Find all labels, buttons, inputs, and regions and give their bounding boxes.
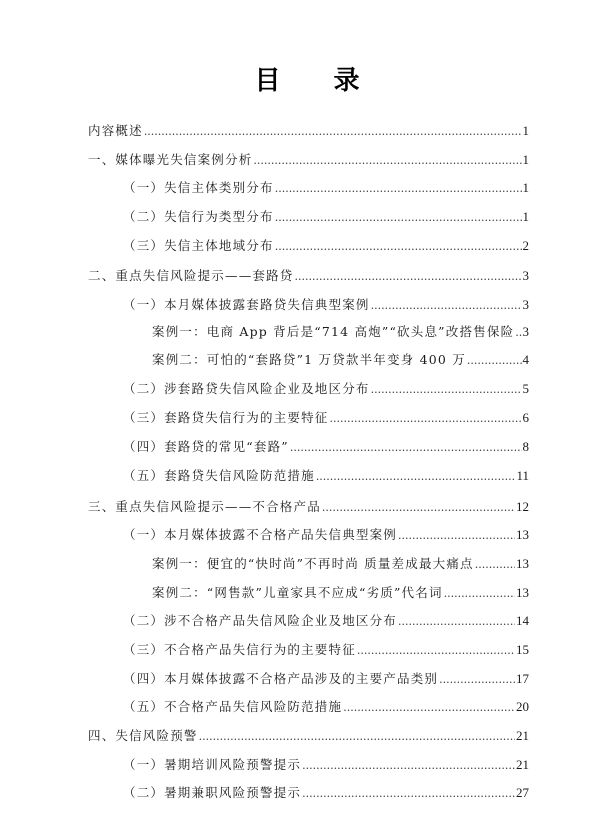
- toc-entry-2-2[interactable]: （二）涉套路贷失信风险企业及地区分布5: [123, 380, 529, 398]
- toc-page-number: 4: [523, 351, 530, 369]
- toc-entry-3-4[interactable]: （四）本月媒体披露不合格产品涉及的主要产品类别17: [123, 670, 529, 688]
- toc-page-number: 5: [523, 380, 530, 398]
- toc-page-number: 13: [516, 584, 529, 602]
- toc-entry-label: 三、重点失信风险提示——不合格产品: [88, 498, 321, 516]
- dot-leader: [290, 439, 522, 457]
- toc-entry-label: （三）套路贷失信行为的主要特征: [123, 409, 329, 427]
- toc-page-number: 27: [516, 784, 529, 802]
- toc-page-number: 15: [516, 641, 529, 659]
- toc-page-number: 1: [523, 179, 530, 197]
- toc-entry-3-1-case-2[interactable]: 案例二：“网售款”儿童家具不应成“劣质”代名词13: [152, 584, 529, 602]
- dot-leader: [398, 613, 515, 631]
- toc-entry-label: （四）本月媒体披露不合格产品涉及的主要产品类别: [123, 670, 438, 688]
- toc-entry-label: 一、媒体曝光失信案例分析: [88, 151, 252, 169]
- toc-entry-4-2[interactable]: （二）暑期兼职风险预警提示27: [123, 784, 529, 802]
- toc-page-number: 2: [523, 237, 530, 255]
- toc-entry-2-1-case-1[interactable]: 案例一：电商 App 背后是“714 高炮”“砍头息”改搭售保险3: [152, 323, 529, 341]
- toc-entry-1-2[interactable]: （二）失信行为类型分布1: [123, 208, 529, 226]
- dot-leader: [439, 671, 515, 689]
- toc-entry-3-2[interactable]: （二）涉不合格产品失信风险企业及地区分布14: [123, 612, 529, 630]
- toc-entry-section-4[interactable]: 四、失信风险预警21: [88, 727, 529, 745]
- toc-entry-label: 四、失信风险预警: [88, 727, 198, 745]
- toc-page-number: 13: [516, 555, 529, 573]
- dot-leader: [371, 381, 522, 399]
- toc-page-number: 13: [516, 526, 529, 544]
- toc-entry-3-5[interactable]: （五）不合格产品失信风险防范措施20: [123, 698, 529, 716]
- dot-leader: [275, 238, 522, 256]
- toc-entry-label: （一）本月媒体披露不合格产品失信典型案例: [123, 526, 397, 544]
- toc-page-number: 11: [516, 467, 529, 485]
- toc-entry-label: （一）暑期培训风险预警提示: [123, 756, 301, 774]
- toc-page-number: 3: [523, 323, 530, 341]
- toc-entry-4-1[interactable]: （一）暑期培训风险预警提示21: [123, 756, 529, 774]
- toc-page-number: 6: [523, 409, 530, 427]
- toc-page-number: 8: [523, 438, 530, 456]
- dot-leader: [275, 209, 522, 227]
- dot-leader: [295, 268, 522, 286]
- toc-entry-label: （二）暑期兼职风险预警提示: [123, 784, 301, 802]
- dot-leader: [357, 642, 515, 660]
- toc-entry-2-3[interactable]: （三）套路贷失信行为的主要特征6: [123, 409, 529, 427]
- toc-entry-label: （五）不合格产品失信风险防范措施: [123, 698, 342, 716]
- toc-entry-label: （二）涉套路贷失信风险企业及地区分布: [123, 380, 370, 398]
- toc-entry-label: （一）失信主体类别分布: [123, 179, 274, 197]
- dot-leader: [343, 699, 515, 717]
- dot-leader: [302, 757, 515, 775]
- toc-entry-3-1[interactable]: （一）本月媒体披露不合格产品失信典型案例13: [123, 526, 529, 544]
- toc-title: 目 录: [0, 60, 614, 97]
- dot-leader: [444, 585, 515, 603]
- dot-leader: [253, 152, 521, 170]
- toc-page-number: 17: [516, 670, 529, 688]
- toc-entry-label: 案例一：电商 App 背后是“714 高炮”“砍头息”改搭售保险: [152, 323, 514, 341]
- dot-leader: [275, 180, 522, 198]
- toc-entry-label: （五）套路贷失信风险防范措施: [123, 467, 315, 485]
- toc-entry-2-1[interactable]: （一）本月媒体披露套路贷失信典型案例3: [123, 296, 529, 314]
- toc-entry-label: 案例二：可怕的“套路贷”1 万贷款半年变身 400 万: [152, 351, 466, 369]
- dot-leader: [515, 324, 521, 342]
- toc-entry-3-3[interactable]: （三）不合格产品失信行为的主要特征15: [123, 641, 529, 659]
- dot-leader: [371, 297, 522, 315]
- toc-entry-label: 二、重点失信风险提示——套路贷: [88, 267, 294, 285]
- toc-entry-2-4[interactable]: （四）套路贷的常见“套路”8: [123, 438, 529, 456]
- toc-entry-2-1-case-2[interactable]: 案例二：可怕的“套路贷”1 万贷款半年变身 400 万4: [152, 351, 529, 369]
- toc-entry-section-3[interactable]: 三、重点失信风险提示——不合格产品12: [88, 498, 529, 516]
- toc-entry-section-2[interactable]: 二、重点失信风险提示——套路贷3: [88, 267, 529, 285]
- toc-entry-label: 案例二：“网售款”儿童家具不应成“劣质”代名词: [152, 584, 443, 602]
- dot-leader: [475, 556, 515, 574]
- dot-leader: [467, 352, 522, 370]
- toc-page-number: 3: [523, 267, 530, 285]
- toc-entry-section-1[interactable]: 一、媒体曝光失信案例分析1: [88, 151, 529, 169]
- dot-leader: [316, 468, 516, 486]
- dot-leader: [144, 123, 522, 141]
- toc-page-number: 1: [523, 151, 530, 169]
- toc-page-number: 21: [516, 756, 529, 774]
- dot-leader: [330, 410, 522, 428]
- toc-page-number: 1: [523, 208, 530, 226]
- toc-entry-2-5[interactable]: （五）套路贷失信风险防范措施11: [123, 467, 529, 485]
- toc-page-number: 21: [516, 727, 529, 745]
- dot-leader: [322, 499, 515, 517]
- toc-entry-label: （三）失信主体地域分布: [123, 237, 274, 255]
- toc-entry-overview[interactable]: 内容概述1: [88, 122, 529, 140]
- toc-entry-label: 案例一：便宜的“快时尚”不再时尚 质量差成最大痛点: [152, 555, 474, 573]
- toc-entry-3-1-case-1[interactable]: 案例一：便宜的“快时尚”不再时尚 质量差成最大痛点13: [152, 555, 529, 573]
- toc-entry-label: （二）失信行为类型分布: [123, 208, 274, 226]
- toc-entry-label: （一）本月媒体披露套路贷失信典型案例: [123, 296, 370, 314]
- dot-leader: [398, 527, 515, 545]
- toc-page-number: 14: [516, 612, 529, 630]
- dot-leader: [302, 785, 515, 803]
- toc-entry-label: （二）涉不合格产品失信风险企业及地区分布: [123, 612, 397, 630]
- toc-entry-label: （四）套路贷的常见“套路”: [123, 438, 289, 456]
- toc-page-number: 3: [523, 296, 530, 314]
- toc-page-number: 20: [516, 698, 529, 716]
- toc-entry-label: 内容概述: [88, 122, 143, 140]
- toc-page-number: 12: [516, 498, 529, 516]
- toc-entry-1-1[interactable]: （一）失信主体类别分布1: [123, 179, 529, 197]
- dot-leader: [199, 728, 515, 746]
- toc-entry-label: （三）不合格产品失信行为的主要特征: [123, 641, 356, 659]
- toc-page-number: 1: [523, 122, 530, 140]
- toc-entry-1-3[interactable]: （三）失信主体地域分布2: [123, 237, 529, 255]
